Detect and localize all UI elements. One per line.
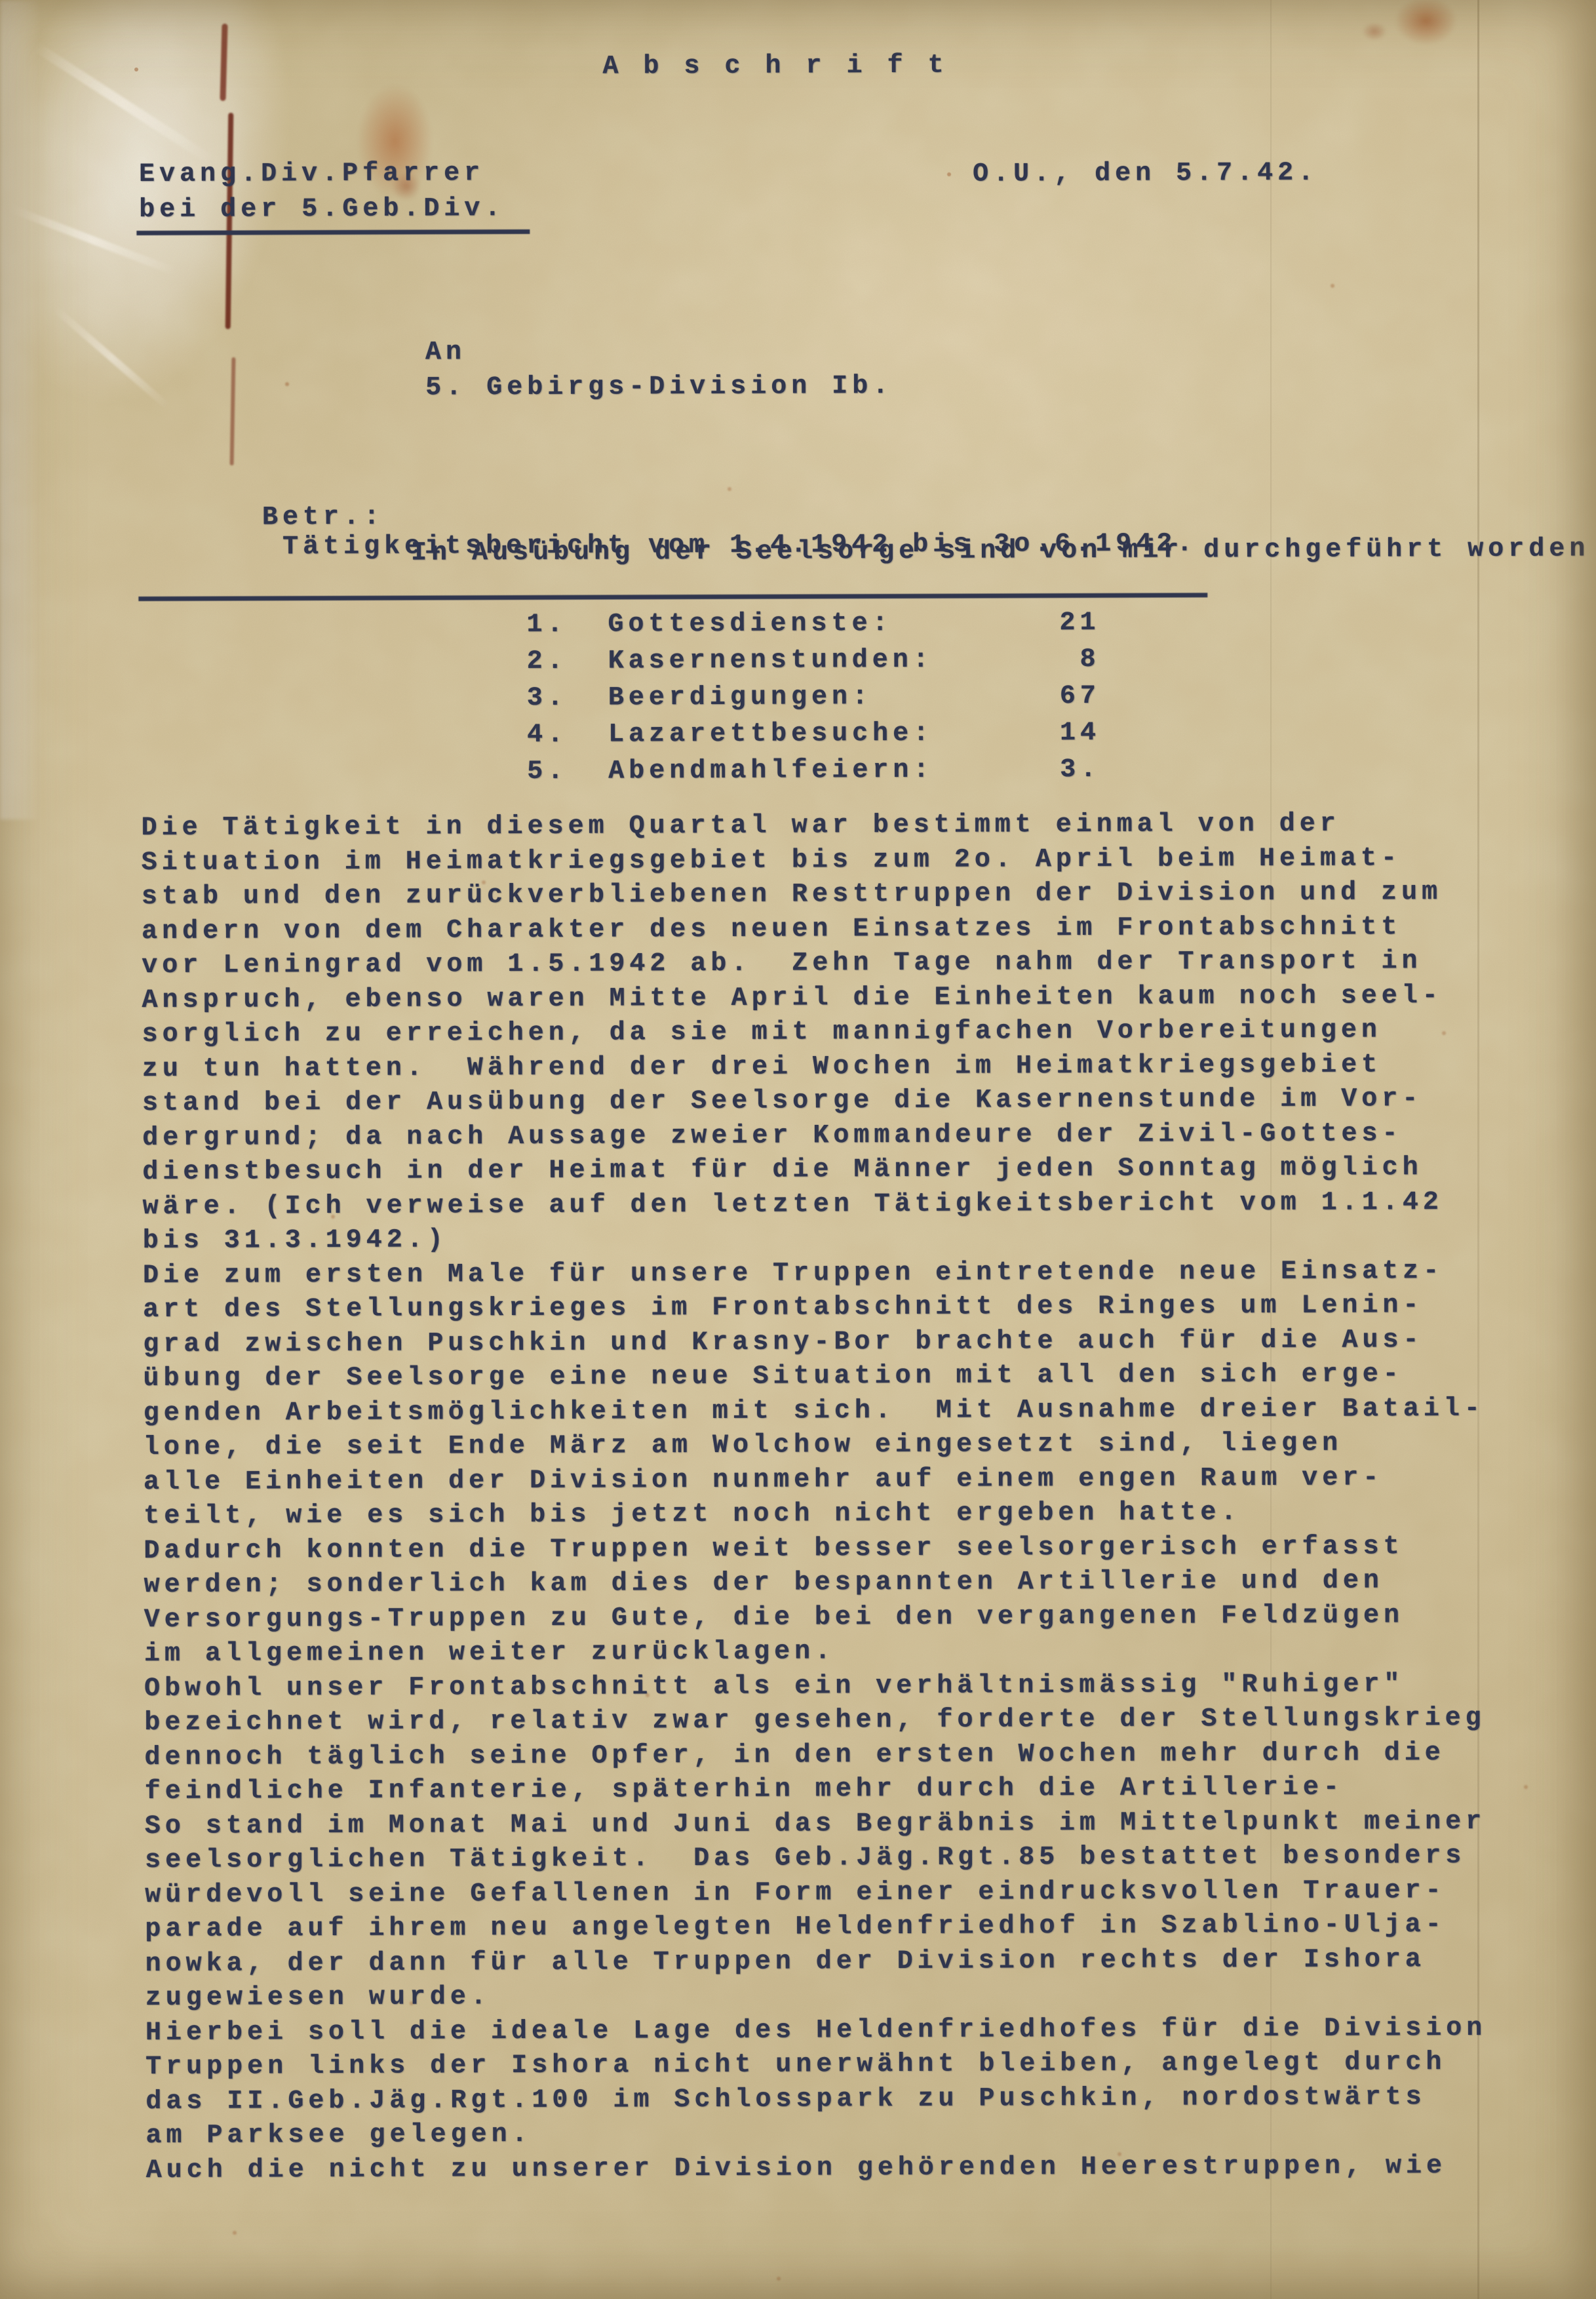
statistic-value: 8 bbox=[1080, 645, 1100, 675]
statistic-row-beerdigungen: 3. Beerdigungen: 67 bbox=[527, 682, 1116, 718]
statistic-label: Lazarettbesuche: bbox=[608, 719, 933, 750]
document-page: A b s c h r i f t Evang.Div.Pfarrer bei … bbox=[0, 0, 1596, 2299]
statistic-row-lazarettbesuche: 4. Lazarettbesuche: 14 bbox=[527, 718, 1116, 755]
subject-line: Betr.: Tätigkeitsbericht vom 1.4.1942 bi… bbox=[140, 470, 1197, 592]
statistic-number: 3. bbox=[527, 684, 568, 713]
subject-label: Betr.: bbox=[262, 503, 384, 533]
statistic-label: Gottesdienste: bbox=[608, 609, 892, 640]
statistic-number: 1. bbox=[526, 610, 567, 640]
statistic-number: 4. bbox=[527, 720, 568, 750]
typed-content: A b s c h r i f t Evang.Div.Pfarrer bei … bbox=[0, 0, 1596, 2299]
intro-line: In Ausübung der Seelsorge sind von mir d… bbox=[411, 534, 1589, 568]
statistic-value: 3. bbox=[1060, 755, 1100, 785]
statistic-label: Beerdigungen: bbox=[608, 682, 872, 713]
report-body-text: Die Tätigkeit in diesem Quartal war best… bbox=[141, 807, 1487, 2188]
statistic-row-gottesdienste: 1. Gottesdienste: 21 bbox=[526, 608, 1116, 644]
statistic-label: Kasernenstunden: bbox=[608, 646, 933, 677]
document-title: A b s c h r i f t bbox=[602, 51, 948, 82]
statistic-value: 14 bbox=[1060, 718, 1100, 748]
statistic-row-abendmahlfeiern: 5. Abendmahlfeiern: 3. bbox=[527, 755, 1116, 791]
statistic-label: Abendmahlfeiern: bbox=[608, 756, 933, 787]
sender-line-2: bei der 5.Geb.Div. bbox=[139, 191, 505, 228]
statistic-number: 2. bbox=[527, 647, 568, 677]
statistic-value: 21 bbox=[1059, 608, 1100, 638]
statistic-value: 67 bbox=[1060, 682, 1100, 711]
recipient-unit: 5. Gebirgs-Division Ib. bbox=[425, 369, 893, 406]
sender-underline bbox=[136, 229, 530, 235]
recipient-block: An 5. Gebirgs-Division Ib. bbox=[425, 334, 893, 406]
place-date-line: O.U., den 5.7.42. bbox=[973, 159, 1318, 189]
sender-line-1: Evang.Div.Pfarrer bbox=[139, 156, 505, 193]
statistic-number: 5. bbox=[527, 757, 568, 787]
sender-block: Evang.Div.Pfarrer bei der 5.Geb.Div. bbox=[139, 156, 505, 228]
statistic-row-kasernenstunden: 2. Kasernenstunden: 8 bbox=[527, 645, 1116, 681]
recipient-an: An bbox=[425, 334, 893, 370]
